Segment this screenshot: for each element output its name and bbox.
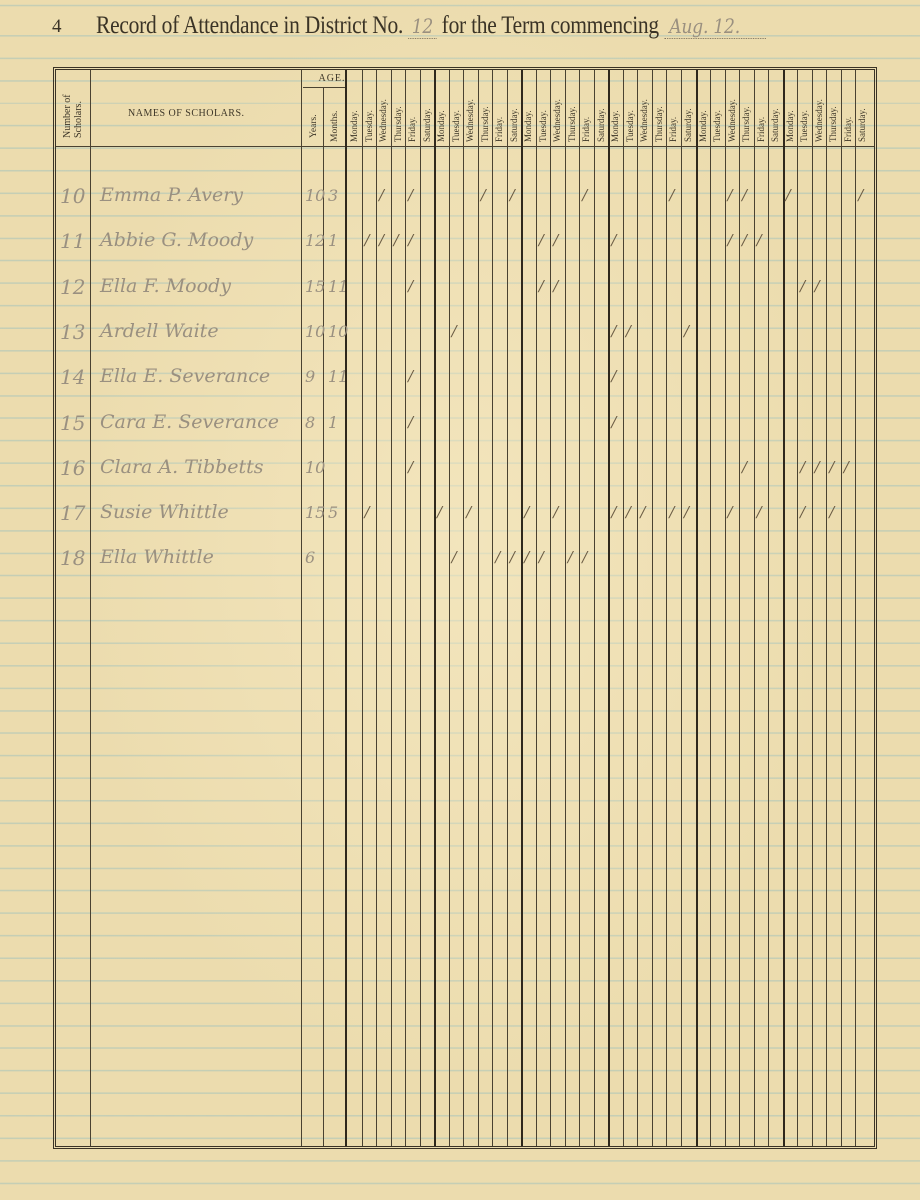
scholar-age-years: 15 [305, 277, 325, 296]
attendance-mark: / [582, 548, 587, 566]
attendance-mark: / [786, 186, 791, 204]
scholar-number: 16 [60, 456, 94, 480]
scholar-name: Ella E. Severance [100, 365, 270, 387]
scholar-name: Emma P. Avery [100, 184, 243, 206]
scholar-number: 14 [60, 365, 94, 389]
table-row: 11Abbie G. Moody121////////// [56, 221, 874, 266]
header-day-saturday: Saturday. [509, 74, 519, 142]
attendance-mark: / [553, 277, 558, 295]
header-day-wednesday: Wednesday. [639, 74, 649, 142]
header-day-tuesday: Tuesday. [712, 74, 722, 142]
header-day-friday: Friday. [581, 74, 591, 142]
header-day-friday: Friday. [668, 74, 678, 142]
attendance-mark: / [728, 503, 733, 521]
attendance-mark: / [408, 186, 413, 204]
scholar-name: Ella Whittle [100, 546, 214, 568]
attendance-mark: / [539, 231, 544, 249]
scholar-number: 18 [60, 546, 94, 570]
header-day-thursday: Thursday. [741, 74, 751, 142]
attendance-mark: / [640, 503, 645, 521]
header-day-friday: Friday. [494, 74, 504, 142]
attendance-mark: / [858, 186, 863, 204]
table-header: Number of Scholars. NAMES OF SCHOLARS. A… [56, 70, 874, 147]
attendance-mark: / [452, 322, 457, 340]
header-day-thursday: Thursday. [828, 74, 838, 142]
header-day-tuesday: Tuesday. [451, 74, 461, 142]
attendance-mark: / [815, 277, 820, 295]
attendance-mark: / [495, 548, 500, 566]
scholar-name: Ardell Waite [100, 320, 219, 342]
table-row: 14Ella E. Severance911// [56, 357, 874, 402]
attendance-mark: / [408, 231, 413, 249]
attendance-mark: / [742, 231, 747, 249]
header-day-saturday: Saturday. [596, 74, 606, 142]
attendance-mark: / [800, 458, 805, 476]
attendance-mark: / [611, 503, 616, 521]
age-divider [303, 87, 347, 88]
attendance-table: Number of Scholars. NAMES OF SCHOLARS. A… [53, 67, 877, 1149]
attendance-mark: / [466, 503, 471, 521]
header-day-saturday: Saturday. [683, 74, 693, 142]
attendance-mark: / [669, 503, 674, 521]
attendance-mark: / [684, 322, 689, 340]
attendance-mark: / [568, 548, 573, 566]
attendance-mark: / [669, 186, 674, 204]
header-day-thursday: Thursday. [567, 74, 577, 142]
attendance-mark: / [379, 231, 384, 249]
attendance-mark: / [539, 277, 544, 295]
title-middle: for the Term commencing [442, 12, 659, 39]
scholar-age-months: 1 [328, 413, 338, 432]
attendance-mark: / [611, 413, 616, 431]
header-day-thursday: Thursday. [480, 74, 490, 142]
table-row: 17Susie Whittle155////////////// [56, 493, 874, 538]
attendance-mark: / [728, 186, 733, 204]
header-day-tuesday: Tuesday. [538, 74, 548, 142]
attendance-mark: / [553, 231, 558, 249]
attendance-mark: / [408, 367, 413, 385]
header-day-friday: Friday. [407, 74, 417, 142]
scholar-age-years: 15 [305, 503, 325, 522]
attendance-mark: / [800, 277, 805, 295]
table-row: 12Ella F. Moody1511///// [56, 267, 874, 312]
attendance-mark: / [365, 231, 370, 249]
scholar-age-months: 1 [328, 231, 338, 250]
attendance-mark: / [728, 231, 733, 249]
attendance-mark: / [611, 231, 616, 249]
page-number: 4 [52, 16, 62, 38]
scholar-name: Cara E. Severance [100, 411, 279, 433]
header-day-thursday: Thursday. [654, 74, 664, 142]
scholar-age-years: 10 [305, 322, 325, 341]
header-day-wednesday: Wednesday. [552, 74, 562, 142]
attendance-mark: / [394, 231, 399, 249]
scholar-name: Clara A. Tibbetts [100, 456, 264, 478]
attendance-mark: / [611, 367, 616, 385]
header-number-of-scholars: Number of Scholars. [62, 76, 86, 138]
scholar-name: Ella F. Moody [100, 275, 231, 297]
term-start-field: Aug. 12. [664, 14, 766, 39]
attendance-mark: / [829, 458, 834, 476]
scholar-number: 12 [60, 275, 94, 299]
header-day-monday: Monday. [610, 74, 620, 142]
header-day-tuesday: Tuesday. [799, 74, 809, 142]
attendance-mark: / [626, 322, 631, 340]
attendance-mark: / [408, 413, 413, 431]
attendance-mark: / [524, 503, 529, 521]
attendance-mark: / [510, 548, 515, 566]
attendance-mark: / [408, 277, 413, 295]
attendance-mark: / [742, 458, 747, 476]
attendance-mark: / [481, 186, 486, 204]
scholar-age-months: 3 [328, 186, 338, 205]
header-day-saturday: Saturday. [857, 74, 867, 142]
attendance-mark: / [829, 503, 834, 521]
district-number-field: 12 [408, 14, 436, 39]
attendance-mark: / [437, 503, 442, 521]
attendance-mark: / [539, 548, 544, 566]
header-day-saturday: Saturday. [422, 74, 432, 142]
header-day-tuesday: Tuesday. [364, 74, 374, 142]
scholar-number: 13 [60, 320, 94, 344]
attendance-mark: / [365, 503, 370, 521]
attendance-mark: / [582, 186, 587, 204]
scholar-number: 17 [60, 501, 94, 525]
attendance-mark: / [757, 503, 762, 521]
page-title: Record of Attendance in District No. 12 … [96, 12, 766, 40]
scholar-age-years: 8 [305, 413, 315, 432]
attendance-mark: / [757, 231, 762, 249]
header-day-monday: Monday. [436, 74, 446, 142]
attendance-mark: / [524, 548, 529, 566]
scholar-age-years: 6 [305, 548, 315, 567]
scholar-age-months: 5 [328, 503, 338, 522]
header-day-monday: Monday. [523, 74, 533, 142]
scholar-number: 10 [60, 184, 94, 208]
attendance-mark: / [800, 503, 805, 521]
scholar-number: 11 [60, 229, 94, 253]
header-day-monday: Monday. [785, 74, 795, 142]
scholar-age-months: 11 [328, 367, 348, 386]
header-day-thursday: Thursday. [393, 74, 403, 142]
scholar-name: Abbie G. Moody [100, 229, 253, 251]
table-row: 16Clara A. Tibbetts10////// [56, 448, 874, 493]
scholar-age-years: 12 [305, 231, 325, 250]
attendance-mark: / [844, 458, 849, 476]
attendance-mark: / [742, 186, 747, 204]
header-day-saturday: Saturday. [770, 74, 780, 142]
header-names: NAMES OF SCHOLARS. [128, 108, 245, 119]
header-day-monday: Monday. [698, 74, 708, 142]
scholar-age-years: 9 [305, 367, 315, 386]
header-day-friday: Friday. [756, 74, 766, 142]
scholar-age-years: 10 [305, 458, 325, 477]
scholar-name: Susie Whittle [100, 501, 229, 523]
header-day-wednesday: Wednesday. [465, 74, 475, 142]
attendance-mark: / [815, 458, 820, 476]
header-years: Years. [309, 94, 319, 138]
header-day-friday: Friday. [843, 74, 853, 142]
header-months: Months. [330, 92, 340, 142]
attendance-mark: / [626, 503, 631, 521]
title-prefix: Record of Attendance in District No. [96, 12, 403, 39]
attendance-mark: / [408, 458, 413, 476]
header-day-tuesday: Tuesday. [625, 74, 635, 142]
scholar-age-months: 11 [328, 277, 348, 296]
attendance-mark: / [553, 503, 558, 521]
table-row: 15Cara E. Severance81// [56, 403, 874, 448]
table-row: 18Ella Whittle6/////// [56, 538, 874, 583]
attendance-mark: / [684, 503, 689, 521]
header-day-monday: Monday. [349, 74, 359, 142]
scholar-age-years: 10 [305, 186, 325, 205]
header-day-wednesday: Wednesday. [378, 74, 388, 142]
attendance-mark: / [379, 186, 384, 204]
attendance-mark: / [452, 548, 457, 566]
table-row: 13Ardell Waite1010//// [56, 312, 874, 357]
header-day-wednesday: Wednesday. [814, 74, 824, 142]
scholar-age-months: 10 [328, 322, 348, 341]
attendance-mark: / [611, 322, 616, 340]
attendance-mark: / [510, 186, 515, 204]
header-day-wednesday: Wednesday. [727, 74, 737, 142]
table-row: 10Emma P. Avery103////////// [56, 176, 874, 221]
scholar-number: 15 [60, 411, 94, 435]
